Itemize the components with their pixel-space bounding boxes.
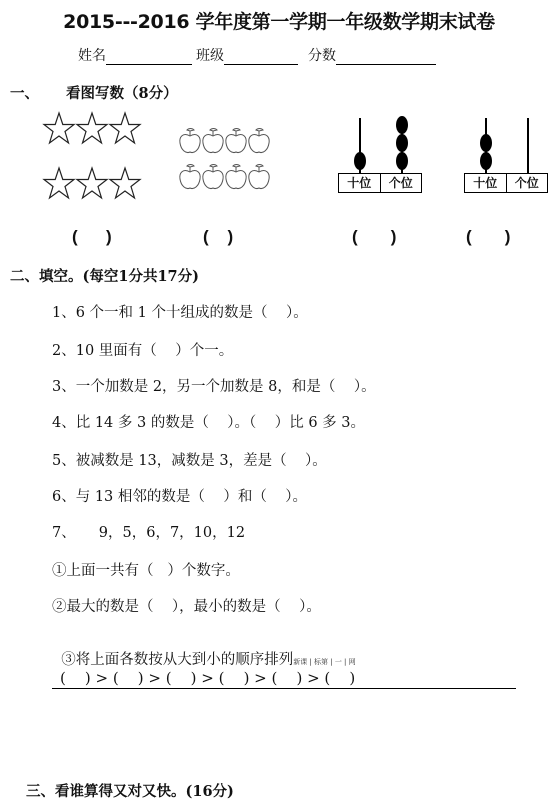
question-7: 7、 9，5，6，7，10，12 xyxy=(52,521,245,542)
section1-heading: 一、 看图写数（8分） xyxy=(10,82,178,103)
class-label: 班级 xyxy=(196,45,224,65)
bead-icon xyxy=(480,152,492,170)
question-7-2: ②最大的数是（ ），最小的数是（ ）。 xyxy=(52,595,321,616)
tens-label: 十位 xyxy=(339,174,380,192)
score-field[interactable] xyxy=(336,48,436,65)
section2-heading: 二、填空。(每空1分共17分) xyxy=(10,265,199,286)
star-icon-group xyxy=(42,111,142,211)
question-7-3: ③将上面各数按从大到小的顺序排列新课 | 标第 | 一 | 网 xyxy=(52,632,356,669)
place-value-box: 十位 个位 xyxy=(464,173,548,193)
bead-icon xyxy=(480,134,492,152)
question-1: 1、6 个一和 1 个十组成的数是（ ）。 xyxy=(52,301,308,322)
question-4: 4、比 14 多 3 的数是（ ）。（ ）比 6 多 3。 xyxy=(52,411,365,432)
bead-icon xyxy=(396,152,408,170)
apple-icon-group xyxy=(178,126,274,196)
ones-rod xyxy=(527,118,529,174)
section1-number: 一、 xyxy=(10,85,39,102)
answer-blank-apples[interactable]: ( ) xyxy=(203,227,233,247)
class-field[interactable] xyxy=(224,48,298,65)
ones-label: 个位 xyxy=(380,174,422,192)
question-6: 6、与 13 相邻的数是（ ）和（ ）。 xyxy=(52,485,307,506)
question-2: 2、10 里面有（ ）个一。 xyxy=(52,339,233,360)
tens-label: 十位 xyxy=(465,174,506,192)
apples-picture xyxy=(178,126,274,196)
ordering-answer-line[interactable]: ( ) > ( ) > ( ) > ( ) > ( ) > ( ) xyxy=(52,668,516,689)
bead-icon xyxy=(396,134,408,152)
abacus-1: 十位 个位 xyxy=(338,114,422,194)
stars-picture xyxy=(42,111,142,211)
question-7-3-text: ③将上面各数按从大到小的顺序排列 xyxy=(61,652,293,668)
bead-icon xyxy=(396,116,408,134)
exam-title: 2015---2016 学年度第一学期一年级数学期末试卷 xyxy=(0,7,558,34)
question-7-1: ①上面一共有（ ）个数字。 xyxy=(52,559,240,580)
section3-heading: 三、看谁算得又对又快。(16分) xyxy=(26,780,234,801)
name-label: 姓名 xyxy=(78,45,106,65)
question-3: 3、一个加数是 2，另一个加数是 8，和是（ ）。 xyxy=(52,375,376,396)
bead-icon xyxy=(354,152,366,170)
section1-title: 看图写数（8分） xyxy=(66,85,178,102)
abacus-2: 十位 个位 xyxy=(464,114,548,194)
ones-label: 个位 xyxy=(506,174,548,192)
answer-blank-stars[interactable]: ( ) xyxy=(72,227,112,247)
place-value-box: 十位 个位 xyxy=(338,173,422,193)
name-field[interactable] xyxy=(106,48,192,65)
score-label: 分数 xyxy=(308,45,336,65)
watermark-text: 新课 | 标第 | 一 | 网 xyxy=(293,658,355,666)
answer-blank-abacus-2[interactable]: ( ) xyxy=(466,227,510,247)
answer-blank-abacus-1[interactable]: ( ) xyxy=(352,227,396,247)
question-5: 5、被减数是 13，减数是 3，差是（ ）。 xyxy=(52,449,327,470)
student-info-row: 姓名 班级 分数 xyxy=(78,45,440,65)
